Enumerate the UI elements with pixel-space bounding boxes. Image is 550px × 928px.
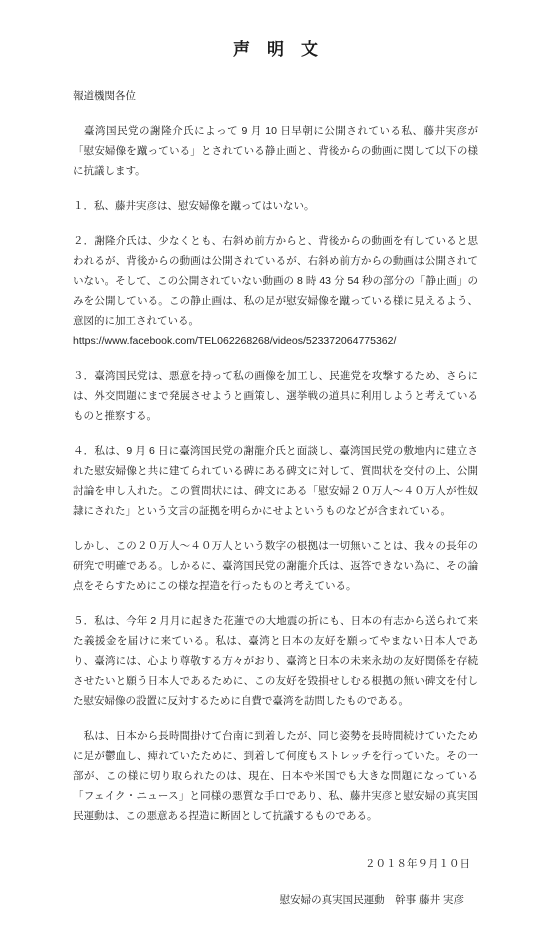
paragraph-closing: 私は、日本から長時間掛けて台南に到着したが、同じ姿勢を長時間続けていたために足が… bbox=[73, 726, 478, 826]
paragraph-rebuttal: しかし、この２０万人～４０万人という数字の根拠は一切無いことは、我々の長年の研究… bbox=[73, 536, 478, 596]
salutation: 報道機関各位 bbox=[73, 86, 478, 106]
statement-item-5: ５．私は、今年 2 月月に起きた花蓮での大地震の折にも、日本の有志から送られて来… bbox=[73, 611, 478, 711]
statement-document: 声 明 文 報道機関各位 臺湾国民党の謝隆介氏によって 9 月 10 日早朝に公… bbox=[0, 0, 550, 928]
paragraph-intro: 臺湾国民党の謝隆介氏によって 9 月 10 日早朝に公開されている私、藤井実彦が… bbox=[73, 121, 478, 181]
document-title: 声 明 文 bbox=[73, 38, 478, 62]
facebook-video-url: https://www.facebook.com/TEL062268268/vi… bbox=[73, 331, 478, 351]
document-date: ２０１８年９月１０日 bbox=[73, 854, 470, 874]
statement-item-2: ２．謝隆介氏は、少なくとも、右斜め前方からと、背後からの動画を有していると思われ… bbox=[73, 231, 478, 331]
statement-item-1: １．私、藤井実彦は、慰安婦像を蹴ってはいない。 bbox=[73, 196, 478, 216]
signature-line: 慰安婦の真実国民運動 幹事 藤井 実彦 bbox=[73, 890, 464, 910]
statement-item-4: ４．私は、9 月 6 日に臺湾国民党の謝龍介氏と面談し、臺湾国民党の敷地内に建立… bbox=[73, 441, 478, 521]
statement-item-3: ３．臺湾国民党は、悪意を持って私の画像を加工し、民進党を攻撃するため、さらには、… bbox=[73, 366, 478, 426]
